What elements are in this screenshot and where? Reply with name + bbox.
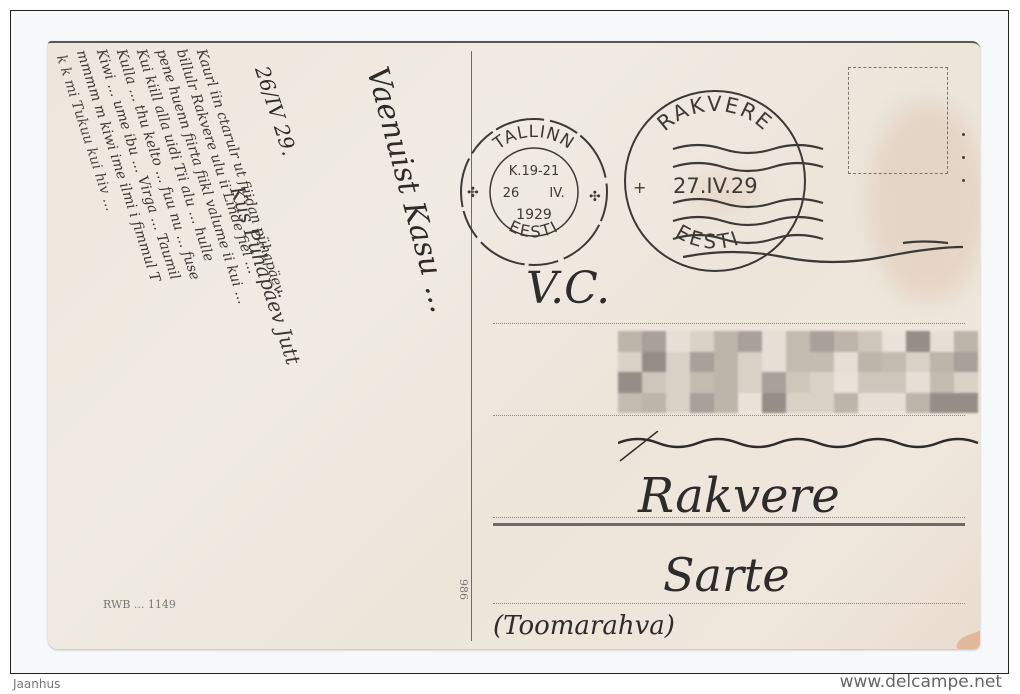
corner-tear <box>954 631 980 649</box>
svg-text:✣: ✣ <box>589 189 601 205</box>
postmark-tallinn: TALLINN EESTI K.19-21 26 IV. 1929 ✣ ✣ <box>459 117 609 271</box>
svg-text:27.IV.29: 27.IV.29 <box>673 174 758 198</box>
locality-handwritten: Sarte <box>663 548 790 602</box>
svg-text:1929: 1929 <box>516 207 552 223</box>
printed-series: RWB ... 1149 <box>103 598 176 611</box>
svg-text:✣: ✣ <box>467 185 479 201</box>
svg-text:K.19-21: K.19-21 <box>509 164 559 179</box>
date-handwritten: 26/IV 29. <box>250 63 301 159</box>
parenthetical-handwritten: (Toomarahva) <box>493 611 675 641</box>
svg-text:RAKVERE: RAKVERE <box>653 92 778 136</box>
svg-text:+: + <box>633 178 646 197</box>
printed-number: 986 <box>457 579 470 600</box>
svg-text:IV.: IV. <box>549 186 564 201</box>
postcard: 26/IV 29. mmmm m kiwi ime ilmi i fimmul … <box>48 41 980 649</box>
redacted-recipient-name <box>618 331 978 413</box>
svg-text:26: 26 <box>503 186 520 201</box>
greeting-handwritten: V.C. <box>526 263 610 314</box>
postmark-rakvere: RAKVERE EESTI 27.IV.29 + <box>623 81 963 285</box>
seller-name: Jaanhus <box>13 677 60 691</box>
strikethrough-line <box>618 431 980 471</box>
address-line <box>493 415 965 416</box>
address-line <box>493 323 965 324</box>
salutation-handwritten: Vaenuist Kasu ... <box>359 63 458 316</box>
address-line <box>493 603 965 604</box>
site-watermark: www.delcampe.net <box>840 672 1002 692</box>
city-handwritten: Rakvere <box>638 468 840 524</box>
